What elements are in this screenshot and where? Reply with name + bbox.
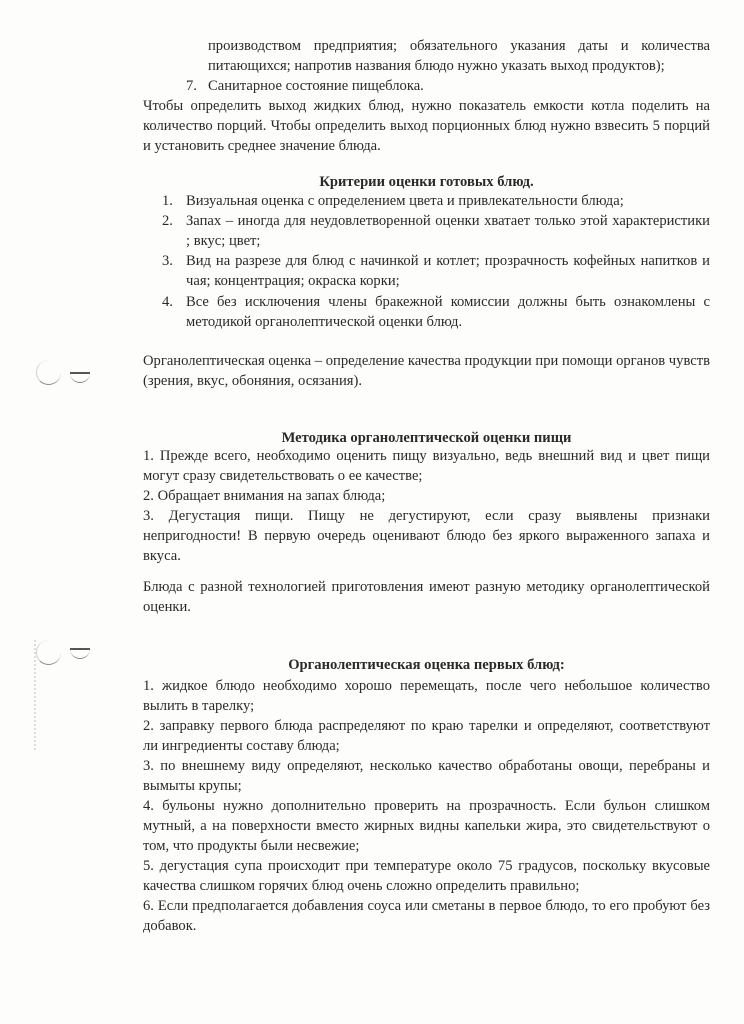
first-courses-line: 1. жидкое блюдо необходимо хорошо переме…	[143, 676, 710, 696]
list-item-text: Санитарное состояние пищеблока.	[208, 76, 424, 96]
punch-hole-mark	[36, 360, 61, 385]
methodology-line: вкуса.	[143, 546, 181, 566]
first-courses-line: 3. по внешнему виду определяют, нескольк…	[143, 756, 710, 776]
methodology-line: 2. Обращает внимания на запах блюда;	[143, 486, 385, 506]
first-courses-line: ли ингредиенты составу блюда;	[143, 736, 340, 756]
paragraph-line: оценки.	[143, 597, 191, 617]
paragraph-line: количество порций. Чтобы определить выхо…	[143, 116, 710, 136]
list-item-text: методикой органолептической оценки блюд.	[186, 312, 462, 332]
first-courses-line: том, что продукты были несвежие;	[143, 836, 359, 856]
list-number: 3.	[162, 251, 173, 271]
list-item-text: Запах – иногда для неудовлетворенной оце…	[186, 211, 710, 231]
first-courses-line: качества слишком горячих блюд очень слож…	[143, 876, 579, 896]
continuation-line: питающихся; напротив названия блюдо нужн…	[208, 56, 665, 76]
paragraph-line: Чтобы определить выход жидких блюд, нужн…	[143, 96, 710, 116]
list-item-text: чая; концентрация; окраска корки;	[186, 271, 400, 291]
methodology-line: 1. Прежде всего, необходимо оценить пищу…	[143, 446, 710, 466]
list-item-text: Визуальная оценка с определением цвета и…	[186, 191, 624, 211]
first-courses-line: добавок.	[143, 916, 196, 936]
punch-hole-mark	[70, 372, 90, 383]
list-number: 7.	[186, 76, 197, 96]
section-heading: Органолептическая оценка первых блюд:	[143, 655, 710, 675]
definition-line: (зрения, вкус, обоняния, осязания).	[143, 371, 362, 391]
list-number: 1.	[162, 191, 173, 211]
methodology-line: непригодности! В первую очередь оцениваю…	[143, 526, 710, 546]
punch-hole-mark	[36, 640, 61, 665]
paragraph-line: и установить среднее значение блюда.	[143, 136, 381, 156]
first-courses-line: мутный, а на поверхности вместо жирных в…	[143, 816, 710, 836]
section-heading: Методика органолептической оценки пищи	[143, 428, 710, 448]
first-courses-line: вымыты крупы;	[143, 776, 242, 796]
methodology-line: 3. Дегустация пищи. Пищу не дегустируют,…	[143, 506, 710, 526]
first-courses-line: 6. Если предполагается добавления соуса …	[143, 896, 710, 916]
definition-line: Органолептическая оценка – определение к…	[143, 351, 710, 371]
list-number: 4.	[162, 292, 173, 312]
first-courses-line: 2. заправку первого блюда распределяют п…	[143, 716, 710, 736]
list-item-text: Все без исключения члены бракежной комис…	[186, 292, 710, 312]
paragraph-line: Блюда с разной технологией приготовления…	[143, 577, 710, 597]
list-number: 2.	[162, 211, 173, 231]
methodology-line: могут сразу свидетельствовать о ее качес…	[143, 466, 422, 486]
scanned-document-page: производством предприятия; обязательного…	[0, 0, 744, 1024]
list-item-text: ; вкус; цвет;	[186, 231, 260, 251]
first-courses-line: 4. бульоны нужно дополнительно проверить…	[143, 796, 710, 816]
first-courses-line: вылить в тарелку;	[143, 696, 254, 716]
punch-hole-mark	[70, 648, 90, 659]
first-courses-line: 5. дегустация супа происходит при темпер…	[143, 856, 710, 876]
section-heading: Критерии оценки готовых блюд.	[143, 172, 710, 192]
continuation-line: производством предприятия; обязательного…	[208, 36, 710, 56]
list-item-text: Вид на разрезе для блюд с начинкой и кот…	[186, 251, 710, 271]
